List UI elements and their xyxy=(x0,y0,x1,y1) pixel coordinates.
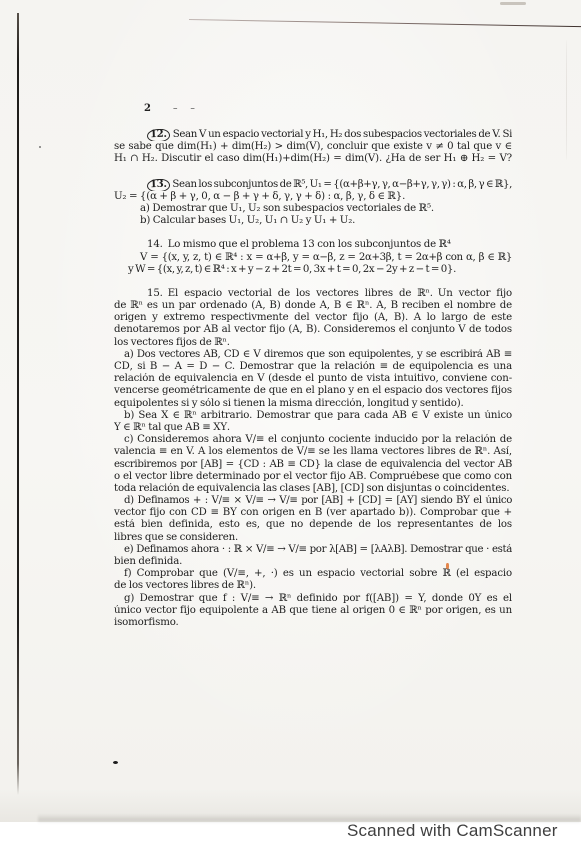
text-line: vector fijo con C̅D̅ ≡ B̅Y̅ con origen e… xyxy=(114,507,512,519)
orange-mark xyxy=(446,563,449,569)
circled-problem-number: 12. xyxy=(147,129,170,141)
ink-speck xyxy=(39,146,41,148)
text-line: denotaremos por A̅B̅ al vector fijo (A, … xyxy=(114,324,512,336)
text-line: Y ∈ ℝⁿ tal que A̅B̅ ≡ X̅Y̅. xyxy=(114,422,512,434)
problem-15: 15. El espacio vectorial de los vectores… xyxy=(114,288,512,629)
text-line: 15. El espacio vectorial de los vectores… xyxy=(114,288,512,300)
problem-13: 13. Sean los subconjuntos de ℝ⁵, U₁ = {(… xyxy=(114,179,512,228)
text-line: c) Consideremos ahora V/≡ el conjunto co… xyxy=(114,434,512,446)
text-line: d) Definamos + : V/≡ × V/≡ → V/≡ por [A̅… xyxy=(114,495,512,507)
text-line: o el vector libre determinado por el vec… xyxy=(114,471,512,483)
text-line: H₁ ∩ H₂. Discutir el caso dim(H₁)+dim(H₂… xyxy=(114,153,512,165)
scan-artifact xyxy=(566,40,567,160)
text-line: g) Demostrar que f : V/≡ → ℝⁿ definido p… xyxy=(114,593,512,605)
text-line: e) Definamos ahora · : ℝ × V/≡ → V/≡ por… xyxy=(114,544,512,556)
text-line: f) Comprobar que (V/≡, +, ·) es un espac… xyxy=(114,568,512,580)
scan-crease-line-top xyxy=(189,19,581,28)
text-line: 12. Sean V un espacio vectorial y H₁, H₂… xyxy=(114,129,512,141)
problem-12: 12. Sean V un espacio vectorial y H₁, H₂… xyxy=(114,129,512,166)
text-line: y W = {(x, y, z, t) ∈ ℝ⁴ : x + y − z + 2… xyxy=(114,264,512,276)
text-line: los vectores fijos de ℝⁿ. xyxy=(114,337,512,349)
scan-edge-line-left xyxy=(17,13,19,795)
screenshot-root: { "page": { "number": "2", "margin_marks… xyxy=(0,0,581,848)
camscanner-watermark: Scanned with CamScanner xyxy=(347,821,558,841)
text-line: C̅D̅, si B − A = D − C. Demostrar que la… xyxy=(114,361,512,373)
text-line: b) Calcular bases U₁, U₂, U₁ ∩ U₂ y U₁ +… xyxy=(114,215,512,227)
text-line: a) Dos vectores A̅B̅, C̅D̅ ∈ V diremos q… xyxy=(114,349,512,361)
scanned-page: 2 – – 12. Sean V un espacio vectorial y … xyxy=(0,0,581,822)
text-line: bien definida. xyxy=(114,556,512,568)
text-line: a) Demostrar que U₁, U₂ son subespacios … xyxy=(114,203,512,215)
text-line: libres que se consideren. xyxy=(114,532,512,544)
text-block: 12. Sean V un espacio vectorial y H₁, H₂… xyxy=(114,129,512,629)
text-line: de ℝⁿ es un par ordenado (A, B) donde A,… xyxy=(114,300,512,312)
text-line: único vector fijo equipolente a A̅B̅ que… xyxy=(114,605,512,617)
text-line: está bien definida, esto es, que no depe… xyxy=(114,519,512,531)
page-number: 2 xyxy=(144,103,151,114)
circled-problem-number: 13. xyxy=(147,179,170,191)
text-line: se sabe que dim(H₁) + dim(H₂) > dim(V), … xyxy=(114,141,512,153)
scan-artifact xyxy=(500,2,526,5)
text-line: toda relación de equivalencia las clases… xyxy=(114,483,512,495)
text-line: b) Sea X ∈ ℝⁿ arbitrario. Demostrar que … xyxy=(114,410,512,422)
text-line: de los vectores libres de ℝⁿ). xyxy=(114,580,512,592)
text-line: valencia ≡ en V. A los elementos de V/≡ … xyxy=(114,446,512,458)
text-line: relación de equivalencia en V (desde el … xyxy=(114,373,512,385)
text-line: equipolentes si y sólo si tienen la mism… xyxy=(114,398,512,410)
text-line: vencerse geométricamente de que en el pl… xyxy=(114,385,512,397)
text-line: isomorfismo. xyxy=(114,617,512,629)
text-line: U₂ = {(α + β + γ, 0, α − β + γ + δ, γ, γ… xyxy=(114,191,512,203)
ink-speck xyxy=(113,761,118,764)
problem-14: 14. Lo mismo que el problema 13 con los … xyxy=(114,239,512,276)
text-line: 14. Lo mismo que el problema 13 con los … xyxy=(114,239,512,251)
text-line: origen y extremo respectivmente del vect… xyxy=(114,312,512,324)
text-line: 13. Sean los subconjuntos de ℝ⁵, U₁ = {(… xyxy=(114,179,512,191)
text-line: escribiremos por [A̅B̅] = {C̅D̅ : A̅B̅ ≡… xyxy=(114,459,512,471)
text-line: V = {(x, y, z, t) ∈ ℝ⁴ : x = α+β, y = α−… xyxy=(114,252,512,264)
margin-marks: – – xyxy=(173,104,200,114)
